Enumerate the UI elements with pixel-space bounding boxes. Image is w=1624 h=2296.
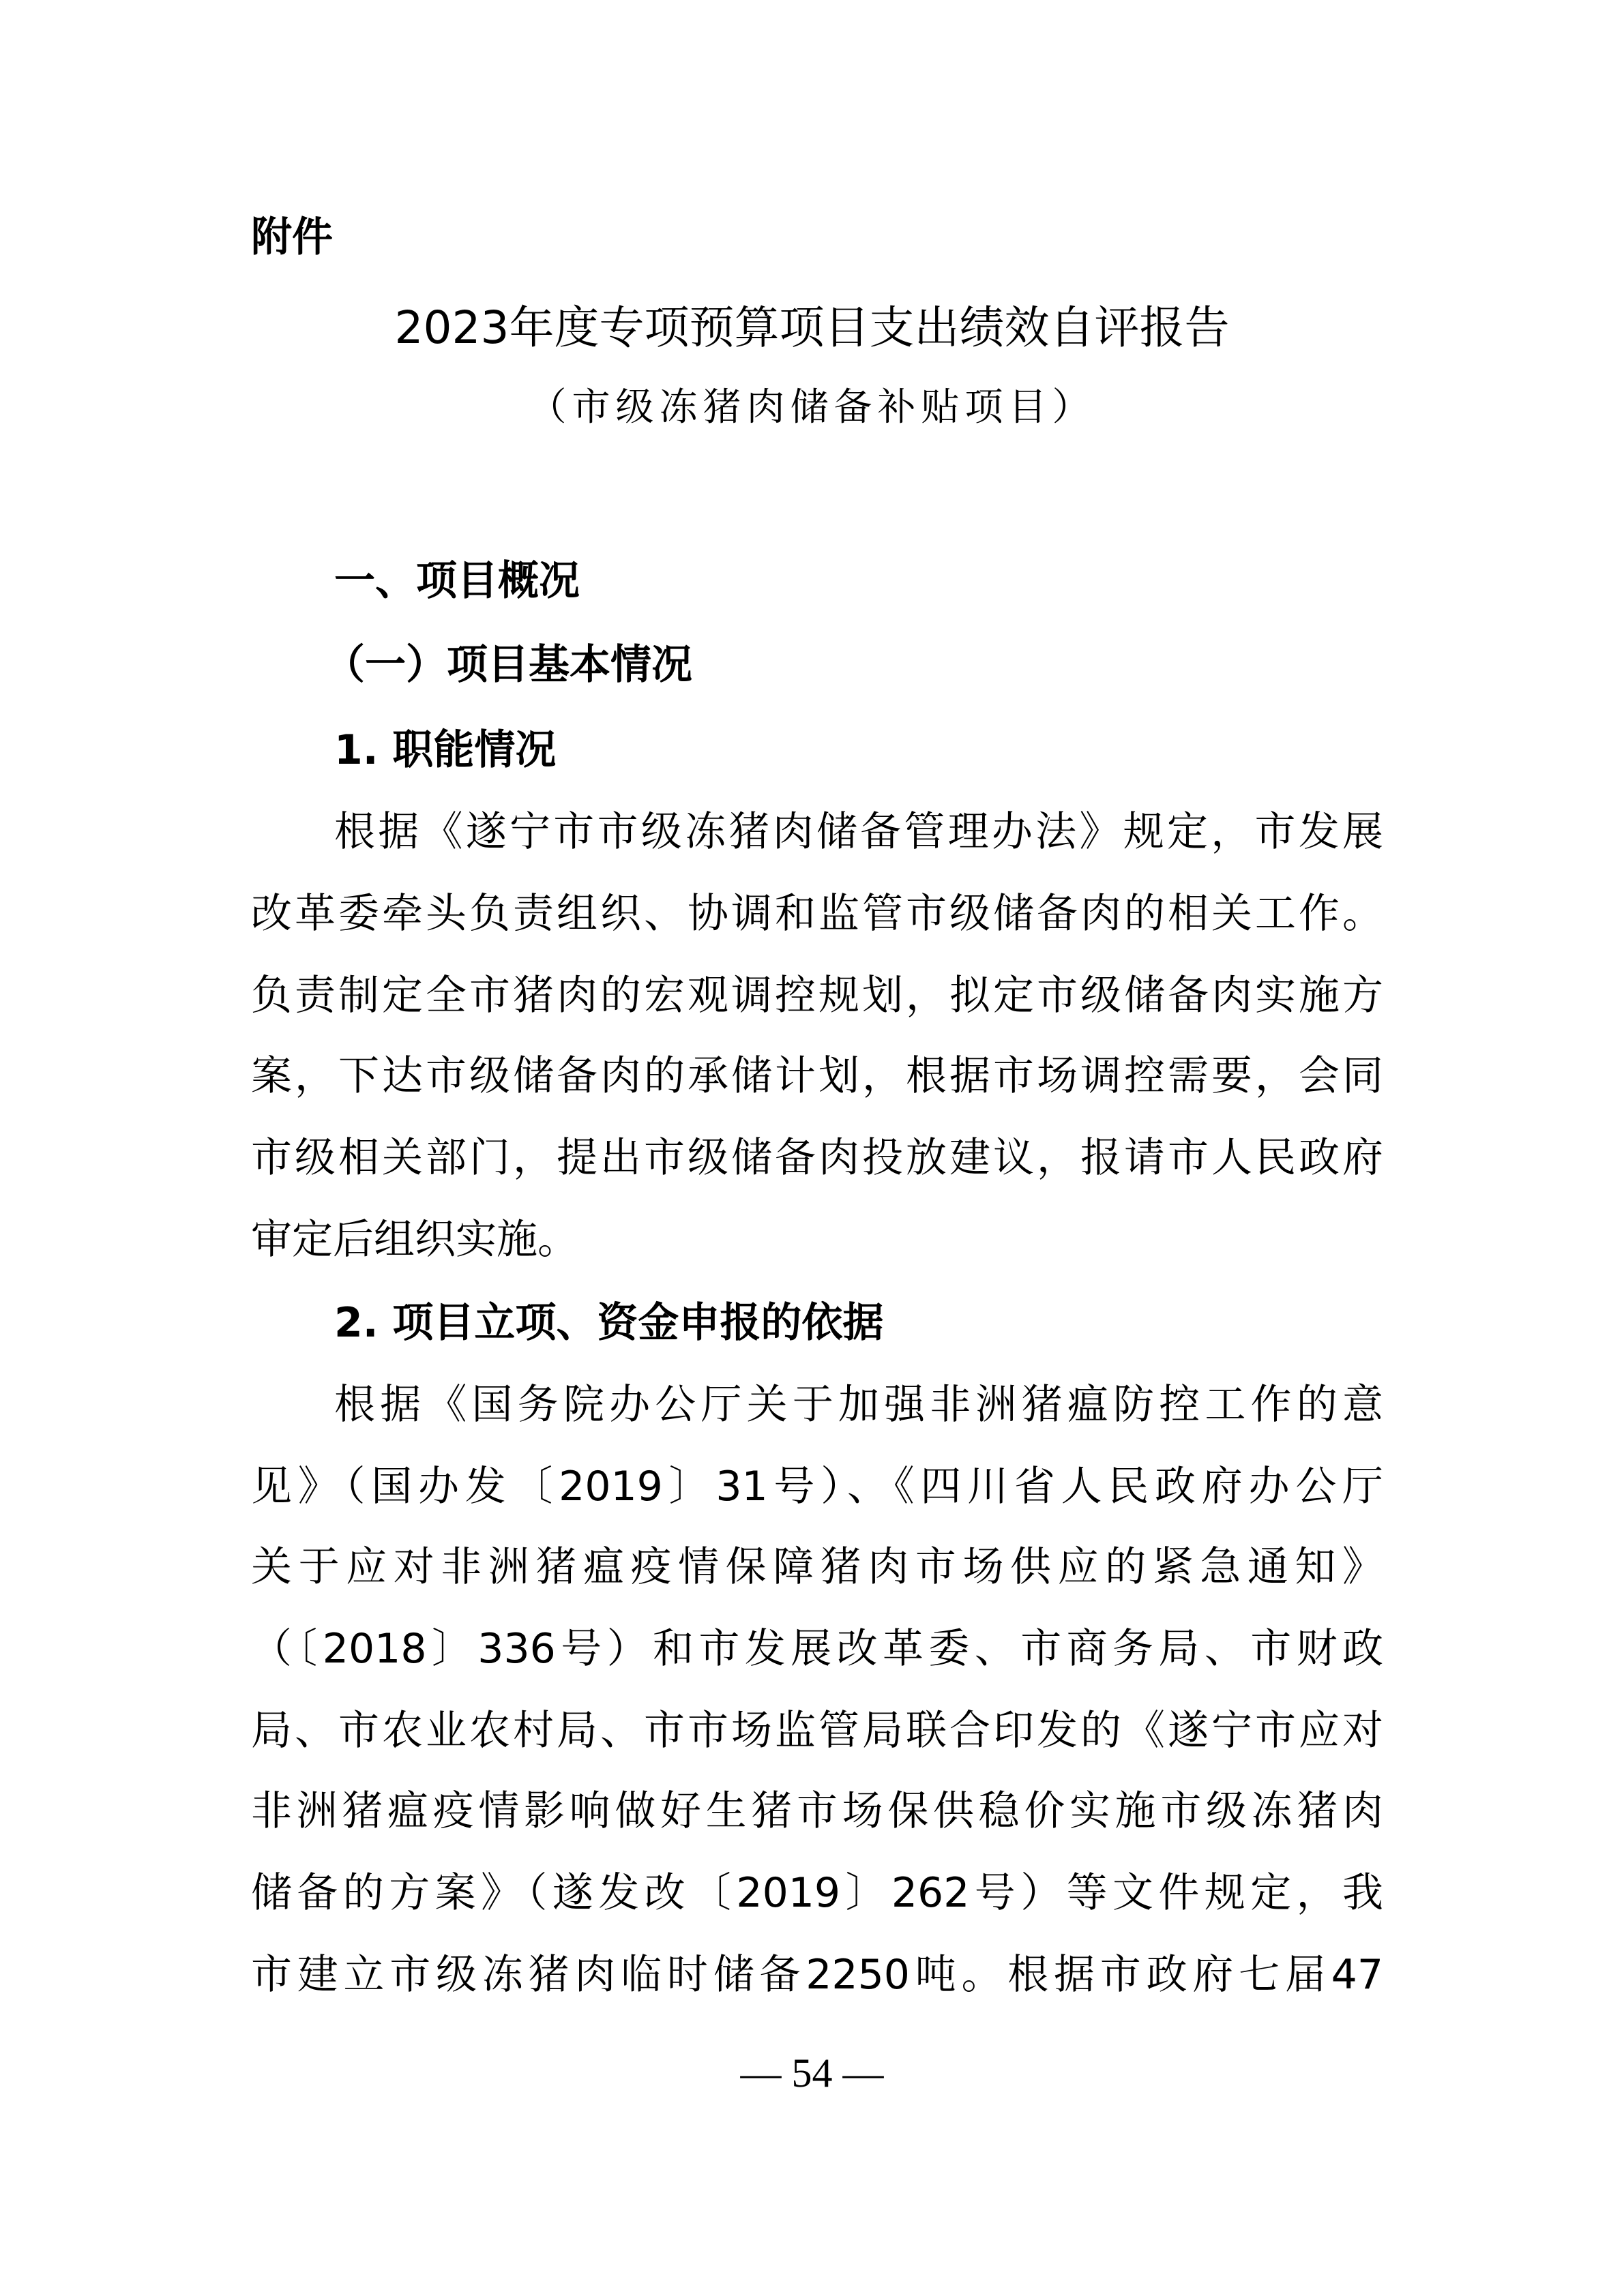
paragraph-line: 负责制定全市猪肉的宏观调控规划，拟定市级储备肉实施方	[251, 975, 1383, 1016]
document-title: 2023年度专项预算项目支出绩效自评报告	[0, 305, 1624, 351]
paragraph-line: 改革委牵头负责组织、协调和监管市级储备肉的相关工作。	[251, 893, 1383, 934]
paragraph-line: 见》（国办发〔2019〕31号）、《四川省人民政府办公厅	[251, 1466, 1383, 1507]
page-number: — 54 —	[0, 2053, 1624, 2093]
paragraph-line: 储备的方案》（遂发改〔2019〕262号）等文件规定，我	[251, 1873, 1383, 1913]
item-heading-functions: 1. 职能情况	[334, 730, 556, 771]
paragraph-line: 市建立市级冻猪肉临时储备2250吨。根据市政府七届47	[251, 1954, 1383, 1995]
paragraph-line: 非洲猪瘟疫情影响做好生猪市场保供稳价实施市级冻猪肉	[251, 1791, 1383, 1832]
document-page: 附件 2023年度专项预算项目支出绩效自评报告 （市级冻猪肉储备补贴项目） 一、…	[0, 0, 1624, 2296]
paragraph-line: 根据《遂宁市市级冻猪肉储备管理办法》规定，市发展	[334, 811, 1383, 852]
paragraph-line: 案，下达市级储备肉的承储计划，根据市场调控需要，会同	[251, 1056, 1383, 1097]
paragraph-line: 市级相关部门，提出市级储备肉投放建议，报请市人民政府	[251, 1137, 1383, 1178]
paragraph-line: 局、市农业农村局、市市场监管局联合印发的《遂宁市应对	[251, 1710, 1383, 1751]
paragraph-line: 根据《国务院办公厅关于加强非洲猪瘟防控工作的意	[334, 1384, 1383, 1425]
item-heading-project-basis: 2. 项目立项、资金申报的依据	[334, 1302, 883, 1343]
subsection-heading-basic-info: （一）项目基本情况	[324, 644, 692, 685]
section-heading-overview: 一、项目概况	[334, 561, 580, 601]
paragraph-line: 审定后组织实施。	[251, 1219, 578, 1260]
paragraph-line: （〔2018〕336号）和市发展改革委、市商务局、市财政	[251, 1628, 1383, 1669]
document-subtitle: （市级冻猪肉储备补贴项目）	[0, 389, 1624, 427]
paragraph-line: 关于应对非洲猪瘟疫情保障猪肉市场供应的紧急通知》	[251, 1547, 1383, 1587]
attachment-label: 附件	[251, 217, 333, 258]
